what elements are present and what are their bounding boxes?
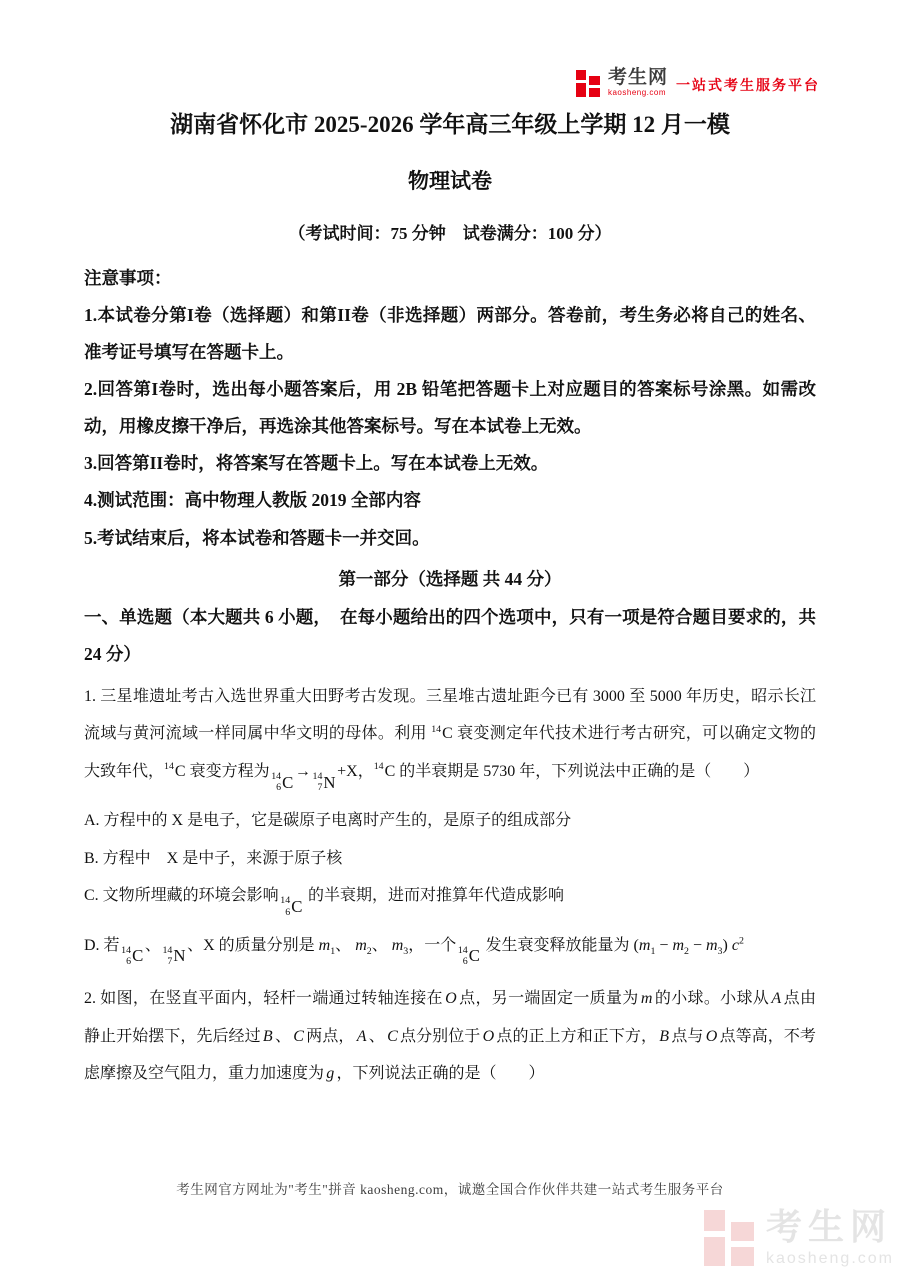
question-1-option-a: A. 方程中的 X 是电子，它是碳原子电离时产生的，是原子的组成部分 [84,802,816,840]
logo-block [576,70,586,80]
watermark-block [731,1222,754,1241]
logo-block [576,83,586,97]
logo-text-column: 考生网 kaosheng.com [608,68,668,97]
watermark-block [731,1247,754,1266]
watermark-block [704,1210,725,1231]
logo-tagline: 一站式考生服务平台 [676,75,820,97]
paper-subject-title: 物理试卷 [84,165,816,195]
exam-info-line: （考试时间：75 分钟 试卷满分：100 分） [84,219,816,244]
notice-item-1: 1.本试卷分第I卷（选择题）和第II卷（非选择题）两部分。答卷前，考生务必将自己… [84,297,816,371]
watermark-block [704,1237,725,1266]
watermark-logo-icon [704,1210,754,1266]
page-title: 湖南省怀化市 2025-2026 学年高三年级上学期 12 月一模 [84,110,816,140]
kaosheng-watermark: 考生网 kaosheng.com [704,1209,894,1267]
kaosheng-logo-icon [576,70,600,97]
question-1-option-d: D. 若146C、147N、X 的质量分别是 m1、 m2、 m3，一个146C… [84,927,816,976]
notice-item-4: 4.测试范围：高中物理人教版 2019 全部内容 [84,482,816,519]
watermark-domain-text: kaosheng.com [766,1251,894,1267]
question-1-stem: 1. 三星堆遗址考古入选世界重大田野考古发现。三星堆古遗址距今已有 3000 至… [84,678,816,803]
kaosheng-logo: 考生网 kaosheng.com 一站式考生服务平台 [576,68,820,97]
question-1-option-b: B. 方程中 X 是中子，来源于原子核 [84,840,816,878]
watermark-brand-text: 考生网 [766,1209,894,1245]
part1-heading: 第一部分（选择题 共 44 分） [84,561,816,598]
notices-heading: 注意事项： [84,260,816,297]
notice-item-2: 2.回答第I卷时，选出每小题答案后，用 2B 铅笔把答题卡上对应题目的答案标号涂… [84,371,816,445]
single-choice-section-heading: 一、单选题（本大题共 6 小题， 在每小题给出的四个选项中，只有一项是符合题目要… [84,599,816,673]
question-2-stem: 2. 如图，在竖直平面内，轻杆一端通过转轴连接在O点，另一端固定一质量为m的小球… [84,980,816,1093]
notice-item-3: 3.回答第II卷时，将答案写在答题卡上。写在本试卷上无效。 [84,445,816,482]
logo-brand-text: 考生网 [608,68,668,87]
logo-domain-text: kaosheng.com [608,89,668,97]
logo-block [589,76,600,85]
watermark-text-column: 考生网 kaosheng.com [766,1209,894,1267]
notice-item-5: 5.考试结束后，将本试卷和答题卡一并交回。 [84,520,816,557]
notices-section: 注意事项： 1.本试卷分第I卷（选择题）和第II卷（非选择题）两部分。答卷前，考… [84,260,816,557]
logo-block [589,88,600,97]
question-1-option-c: C. 文物所埋藏的环境会影响146C 的半衰期，进而对推算年代造成影响 [84,877,816,926]
exam-paper: 湖南省怀化市 2025-2026 学年高三年级上学期 12 月一模 物理试卷 （… [0,0,900,1093]
footer-note: 考生网官方网址为"考生"拼音 kaosheng.com，诚邀全国合作伙伴共建一站… [0,1178,900,1198]
